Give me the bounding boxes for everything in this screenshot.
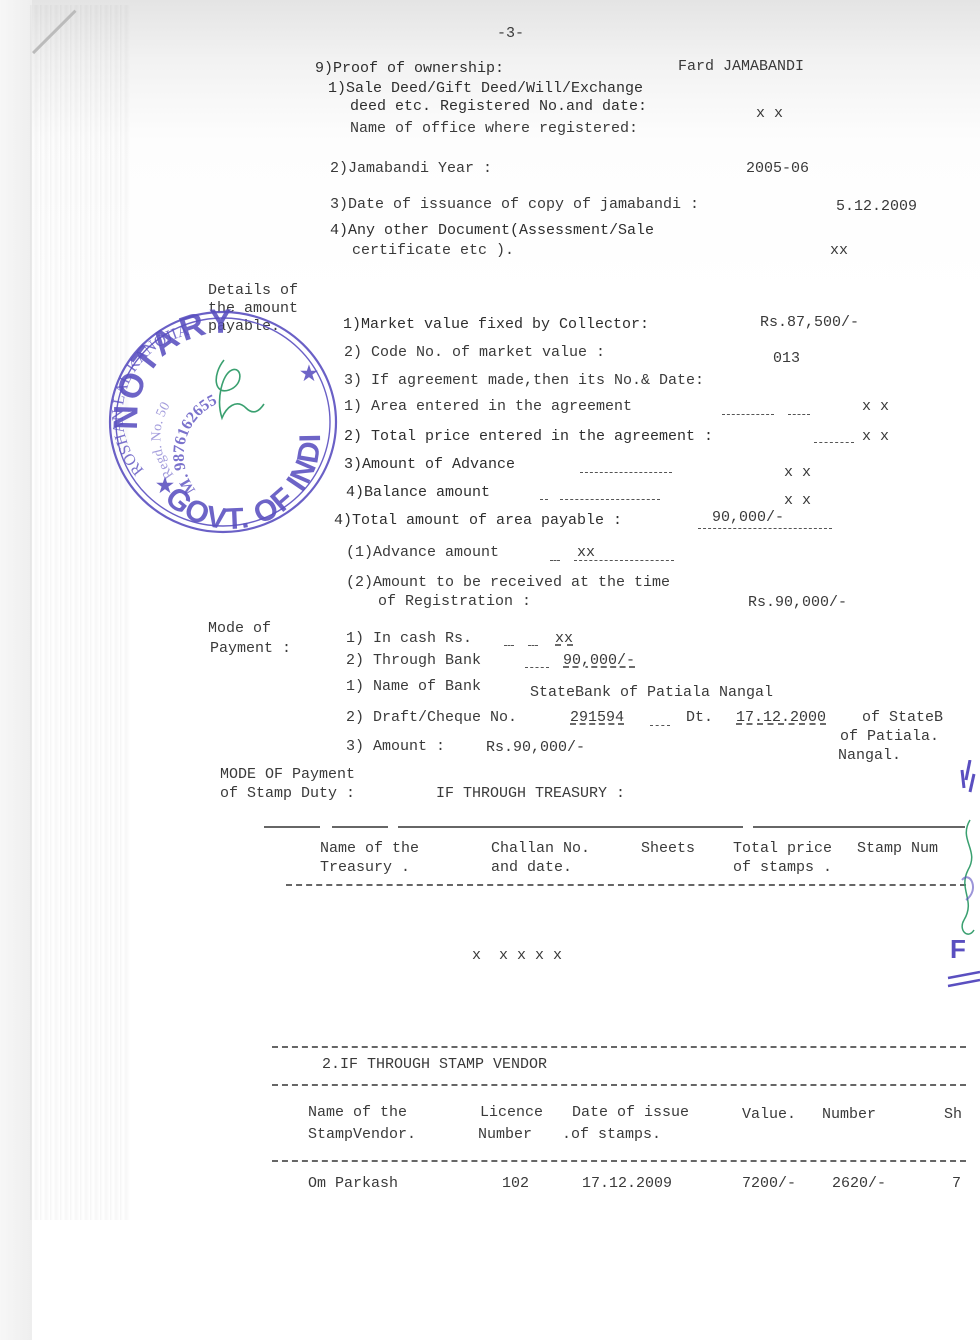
ownership-item1-value: x x <box>756 105 783 123</box>
advance-amount-label: (1)Advance amount <box>346 544 499 562</box>
treasury-rule-1 <box>264 826 320 828</box>
treasury-heading: IF THROUGH TREASURY : <box>436 785 625 803</box>
amount-label: 3) Amount : <box>346 738 445 756</box>
area-blank-2 <box>788 402 810 415</box>
vendor-number: 2620/- <box>832 1175 886 1193</box>
vendor-date: 17.12.2009 <box>582 1175 672 1193</box>
vendor-col-3-line2: .of stamps. <box>562 1126 661 1144</box>
draft-blank <box>650 713 670 726</box>
amount-section-label-1: Details of <box>208 282 298 300</box>
bank-blank <box>525 655 549 668</box>
total-area-label: 4)Total amount of area payable : <box>334 512 622 530</box>
area-agreement-label: 1) Area entered in the agreement <box>344 398 632 416</box>
issuance-date-value: 5.12.2009 <box>836 198 917 216</box>
other-document-value: xx <box>830 242 848 260</box>
partial-stamp-icon: F <box>940 760 980 990</box>
payment-mode-label-1: Mode of <box>208 620 271 638</box>
vendor-col-2-line1: Licence <box>480 1104 543 1122</box>
page-number: -3- <box>497 25 524 43</box>
treasury-col-5: Stamp Num <box>857 840 938 858</box>
received-value: Rs.90,000/- <box>748 594 847 612</box>
received-label-2: of Registration : <box>378 593 531 611</box>
issuance-date-label: 3)Date of issuance of copy of jamabandi … <box>330 196 699 214</box>
draft-label: 2) Draft/Cheque No. <box>346 709 517 727</box>
draft-bank-line3: Nangal. <box>838 747 901 765</box>
amount-value: Rs.90,000/- <box>486 739 585 757</box>
cash-blank-2 <box>528 633 538 646</box>
treasury-empty-row: x x x x x <box>472 947 562 965</box>
treasury-rule-2 <box>332 826 388 828</box>
ownership-heading: 9)Proof of ownership: <box>315 60 504 78</box>
code-no-value: 013 <box>773 350 800 368</box>
bank-name-value: StateBank of Patiala Nangal <box>530 684 773 702</box>
other-document-line1: 4)Any other Document(Assessment/Sale <box>330 222 654 240</box>
vendor-col-1-line1: Name of the <box>308 1104 407 1122</box>
vendor-name: Om Parkash <box>308 1175 398 1193</box>
vendor-value: 7200/- <box>742 1175 796 1193</box>
draft-date: 17.12.2000 <box>736 709 826 727</box>
advance-label: 3)Amount of Advance <box>344 456 515 474</box>
payment-mode-label-2: Payment : <box>210 640 291 658</box>
balance-value: x x <box>784 492 811 510</box>
advance-value: x x <box>784 464 811 482</box>
cash-blank-1 <box>504 633 514 646</box>
balance-blank-1 <box>540 487 548 500</box>
draft-bank-line2: of Patiala. <box>840 728 939 746</box>
vendor-col-1-line2: StampVendor. <box>308 1126 416 1144</box>
through-bank-label: 2) Through Bank <box>346 652 481 670</box>
advance-blank <box>580 460 672 473</box>
treasury-col-4-line2: of stamps . <box>733 859 832 877</box>
draft-date-label: Dt. <box>686 709 713 727</box>
ownership-item1-line1: 1)Sale Deed/Gift Deed/Will/Exchange <box>328 80 643 98</box>
vendor-col-3-line1: Date of issue <box>572 1104 689 1122</box>
vendor-heading: 2.IF THROUGH STAMP VENDOR <box>322 1056 547 1074</box>
jamabandi-year-label: 2)Jamabandi Year : <box>330 160 492 178</box>
svg-text:★: ★ <box>300 363 318 385</box>
treasury-header-rule <box>286 884 966 886</box>
treasury-col-2-line2: and date. <box>491 859 572 877</box>
vendor-col-4: Value. <box>742 1106 796 1124</box>
total-price-blank <box>814 430 854 443</box>
treasury-col-1-line2: Treasury . <box>320 859 410 877</box>
draft-bank-line1: of StateB <box>862 709 943 727</box>
treasury-col-2-line1: Challan No. <box>491 840 590 858</box>
scan-fold-edge <box>0 0 32 1340</box>
balance-label: 4)Balance amount <box>346 484 490 502</box>
code-no-label: 2) Code No. of market value : <box>344 344 605 362</box>
ownership-item1-line2: deed etc. Registered No.and date: <box>350 98 647 116</box>
stamp-duty-label-2: of Stamp Duty : <box>220 785 355 803</box>
signature <box>216 360 264 418</box>
vendor-top-rule <box>272 1046 966 1048</box>
total-price-value: x x <box>862 428 889 446</box>
cash-label: 1) In cash Rs. <box>346 630 472 648</box>
area-blank <box>722 402 774 415</box>
market-value: Rs.87,500/- <box>760 314 859 332</box>
received-label-1: (2)Amount to be received at the time <box>346 574 670 592</box>
vendor-col-2-line2: Number <box>478 1126 532 1144</box>
area-agreement-value: x x <box>862 398 889 416</box>
draft-number: 291594 <box>570 709 624 727</box>
treasury-col-4-line1: Total price <box>733 840 832 858</box>
vendor-col-5: Number <box>822 1106 876 1124</box>
treasury-col-3: Sheets <box>641 840 695 858</box>
vendor-heading-rule <box>272 1084 966 1086</box>
balance-blank-2 <box>560 487 660 500</box>
total-price-label: 2) Total price entered in the agreement … <box>344 428 713 446</box>
market-value-label: 1)Market value fixed by Collector: <box>343 316 649 334</box>
svg-text:F: F <box>950 934 966 964</box>
vendor-licence: 102 <box>502 1175 529 1193</box>
treasury-col-1-line1: Name of the <box>320 840 419 858</box>
vendor-header-rule <box>272 1160 966 1162</box>
through-bank-value: 90,000/- <box>563 652 635 670</box>
cash-value: xx <box>555 630 573 648</box>
other-document-line2: certificate etc ). <box>352 242 514 260</box>
notary-seal-icon: NOTARY GOVT. OF INDIA ★ ★ ROSHAN LAL KAN… <box>104 300 342 538</box>
jamabandi-year-value: 2005-06 <box>746 160 809 178</box>
ownership-heading-value: Fard JAMABANDI <box>678 58 804 76</box>
svg-text:M. 9876162655: M. 9876162655 <box>171 392 220 497</box>
scanned-document-page: -3- 9)Proof of ownership: Fard JAMABANDI… <box>0 0 980 1340</box>
treasury-rule-4 <box>753 826 965 828</box>
agreement-label: 3) If agreement made,then its No.& Date: <box>344 372 704 390</box>
scan-streaks <box>30 5 130 1220</box>
ownership-item1-line3: Name of office where registered: <box>350 120 638 138</box>
treasury-rule-3 <box>398 826 743 828</box>
advance-amount-blank-2 <box>574 548 674 561</box>
vendor-col-6: Sh <box>944 1106 962 1124</box>
total-area-blank <box>698 516 832 529</box>
stamp-duty-label-1: MODE OF Payment <box>220 766 355 784</box>
bank-name-label: 1) Name of Bank <box>346 678 481 696</box>
advance-amount-blank-1 <box>550 548 560 561</box>
vendor-sheets: 7 <box>952 1175 961 1193</box>
